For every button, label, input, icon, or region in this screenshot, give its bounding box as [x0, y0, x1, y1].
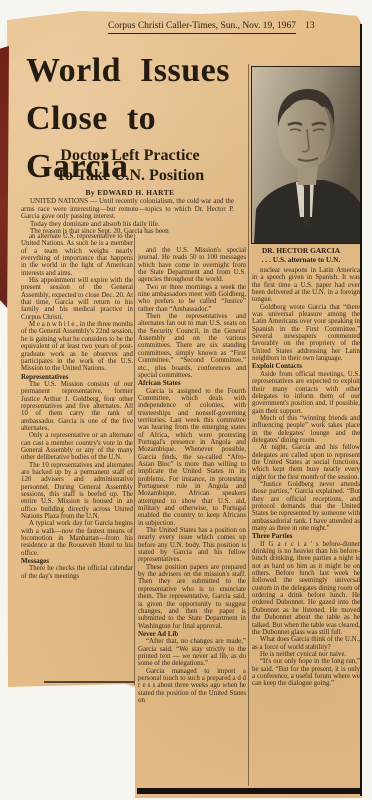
- page-number: 13: [305, 21, 315, 31]
- article-paragraph: The United States has a position on near…: [138, 527, 246, 564]
- article-paragraph: Only a representative or an alternate ca…: [21, 432, 133, 461]
- article-paragraph: Garcia is assigned to the Fourth Committ…: [138, 388, 246, 528]
- section-heading: Three Parties: [252, 533, 360, 540]
- article-paragraph: Two or three mornings a week the nine am…: [138, 284, 246, 313]
- section-heading: Messages: [21, 558, 133, 565]
- photo-caption-name: DR. HECTOR GARCIA: [241, 246, 361, 255]
- section-heading: Representatives: [21, 374, 133, 381]
- article-paragraph: What does Garcia think of the U.N., as a…: [252, 636, 360, 651]
- section-heading: African States: [138, 380, 246, 387]
- masthead: Corpus Christi Caller-Times, Sun., Nov. …: [108, 21, 360, 34]
- article-column-middle: and the U.S. Mission's special journal. …: [138, 247, 246, 787]
- masthead-name-date: Corpus Christi Caller-Times, Sun., Nov. …: [108, 21, 296, 34]
- subhead-line1: Doctor Left Practice: [26, 146, 234, 166]
- article-paragraph: The 10 representatives and alternates ar…: [21, 462, 133, 521]
- article-column-left: an alternate U.S. representative to the …: [21, 233, 133, 685]
- left-column-end-rule: [44, 681, 134, 683]
- garcia-portrait-illustration: [252, 67, 362, 243]
- article-paragraph: His appointment will expire with the pre…: [21, 277, 133, 321]
- article-paragraph: These position papers are prepared by th…: [138, 564, 246, 630]
- article-paragraph: “It's our only hope in the long run,” he…: [252, 658, 360, 687]
- article-paragraph: Much of this “winning friends and influe…: [252, 415, 360, 444]
- section-heading: Exploit Contacts: [252, 363, 360, 370]
- article-paragraph: M e a n w h i l e , in the three months …: [21, 321, 133, 372]
- article-paragraph: Goldberg wrote Garcia that “there was un…: [252, 304, 360, 363]
- intro-paragraphs: UNITED NATIONS — Until recently colonial…: [21, 198, 234, 236]
- article-paragraph: nuclear weapons in Latin America in a sp…: [252, 267, 360, 304]
- article-paragraph: At night, Garcia and his fellow delegate…: [252, 444, 360, 481]
- article-paragraph: There he checks the official calendar of…: [21, 565, 133, 580]
- article-paragraph: and the U.S. Mission's special journal. …: [138, 247, 246, 284]
- article-paragraph: “After that, no changes are made,” Garci…: [138, 638, 246, 667]
- headline-line1: World Issues: [26, 47, 256, 95]
- photo-caption: DR. HECTOR GARCIA . . . U.S. alternate t…: [241, 246, 361, 264]
- subhead-line2: To Take U.N. Position: [26, 166, 234, 186]
- subhead: Doctor Left Practice To Take U.N. Positi…: [26, 146, 234, 186]
- section-heading: Never Ad Lib: [138, 631, 246, 638]
- article-paragraph: an alternate U.S. representative to the …: [21, 233, 133, 277]
- byline: By EDWARD H. HARTE: [26, 188, 234, 197]
- column-rule-left: [134, 234, 135, 685]
- article-paragraph: A typical work day for Garcia begins wit…: [21, 520, 133, 557]
- article-paragraph: UNITED NATIONS — Until recently colonial…: [21, 198, 234, 221]
- article-paragraph: The U.S. Mission consists of our permane…: [21, 381, 133, 432]
- article-column-right: nuclear weapons in Latin America in a sp…: [252, 267, 360, 787]
- article-paragraph: He is neither cynical nor naive.: [252, 651, 360, 658]
- garcia-photo: [251, 66, 363, 244]
- column-rule-right: [248, 64, 249, 786]
- article-paragraph: If G a r c i a ' s before-dinner drinkin…: [252, 541, 360, 636]
- right-edge-rule: [360, 24, 362, 796]
- article-paragraph: Aside from official meetings, U.S. repre…: [252, 371, 360, 415]
- bottom-rule-bar: [137, 788, 361, 794]
- article-paragraph: “Justice Goldberg never attends those pa…: [252, 481, 360, 532]
- article-paragraph: Then the representatives and alternates …: [138, 313, 246, 379]
- photo-caption-sub: . . . U.S. alternate to U.N.: [241, 255, 361, 264]
- newspaper-clipping: Corpus Christi Caller-Times, Sun., Nov. …: [0, 0, 372, 800]
- article-paragraph: Garcia managed to import a personal touc…: [138, 668, 246, 705]
